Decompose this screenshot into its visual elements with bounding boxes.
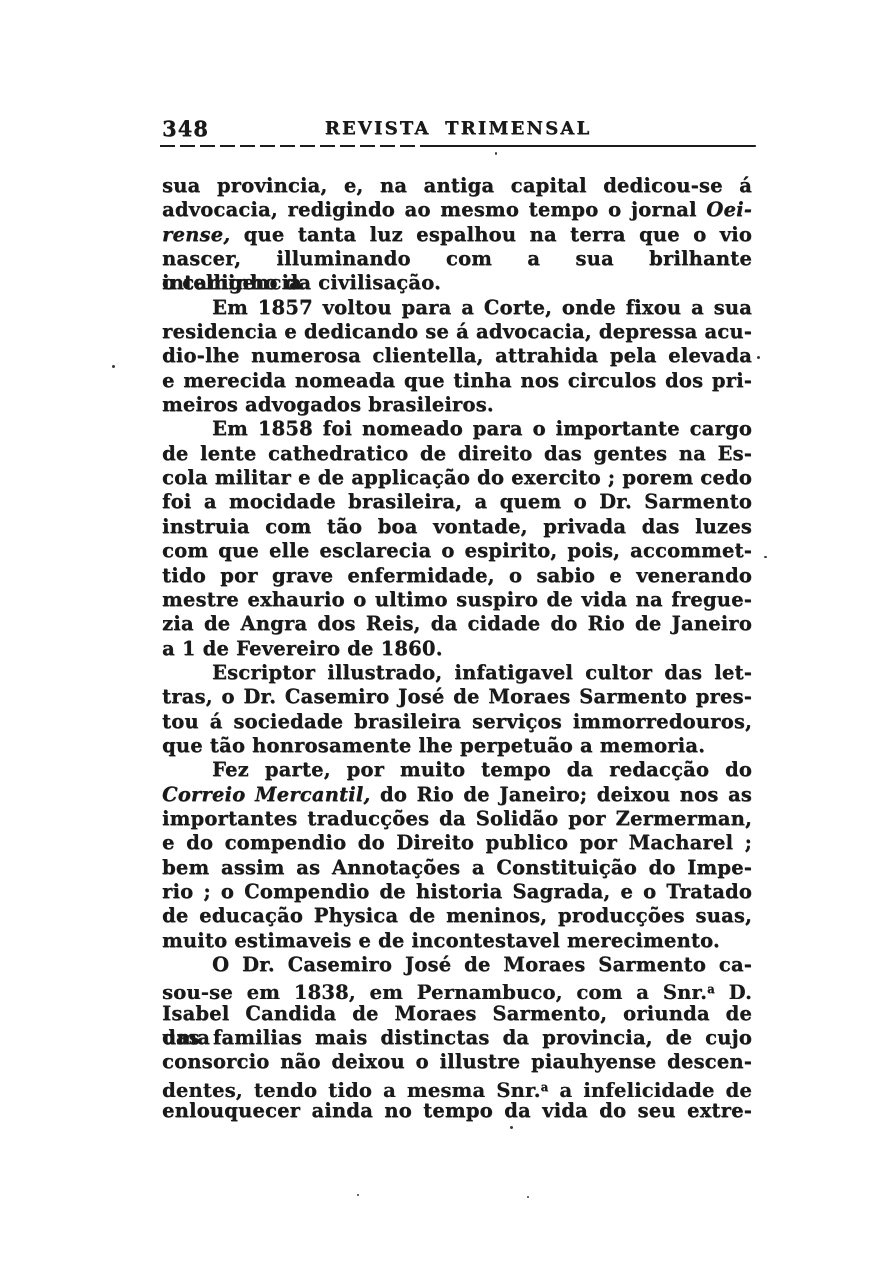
text-line: residencia e dedicando se á advocacia, d… bbox=[162, 320, 752, 344]
ink-speck bbox=[510, 1126, 513, 1129]
text-line: foi a mocidade brasileira, a quem o Dr. … bbox=[162, 490, 752, 514]
text-line: tras, o Dr. Casemiro José de Moraes Sarm… bbox=[162, 685, 752, 709]
journal-title: REVISTA TRIMENSAL bbox=[162, 118, 754, 139]
text-line: Escriptor illustrado, infatigavel cultor… bbox=[162, 661, 752, 685]
text-line: tou á sociedade brasileira serviços immo… bbox=[162, 710, 752, 734]
text-line: Fez parte, por muito tempo da redacção d… bbox=[162, 758, 752, 782]
text-line: com que elle esclarecia o espirito, pois… bbox=[162, 539, 752, 563]
text-line: nascer, illuminando com a sua brilhante … bbox=[162, 247, 752, 271]
text-line: Em 1858 foi nomeado para o importante ca… bbox=[162, 417, 752, 441]
body-text: sua provincia, e, na antiga capital dedi… bbox=[162, 174, 752, 1123]
text-line: O Dr. Casemiro José de Moraes Sarmento c… bbox=[162, 953, 752, 977]
text-line: instruia com tão boa vontade, privada da… bbox=[162, 515, 752, 539]
text-line: e merecida nomeada que tinha nos circulo… bbox=[162, 369, 752, 393]
text-line: a 1 de Fevereiro de 1860. bbox=[162, 637, 752, 661]
text-line: muito estimaveis e de incontestavel mere… bbox=[162, 929, 752, 953]
ink-speck bbox=[357, 1194, 359, 1196]
text-line: sua provincia, e, na antiga capital dedi… bbox=[162, 174, 752, 198]
text-line: mestre exhaurio o ultimo suspiro de vida… bbox=[162, 588, 752, 612]
ink-speck bbox=[112, 365, 115, 368]
text-line: advocacia, redigindo ao mesmo tempo o jo… bbox=[162, 198, 752, 222]
text-line: Em 1857 voltou para a Corte, onde fixou … bbox=[162, 296, 752, 320]
text-line: bem assim as Annotações a Constituição d… bbox=[162, 856, 752, 880]
text-line: cola militar e de applicação do exercito… bbox=[162, 466, 752, 490]
text-line: sou-se em 1838, em Pernambuco, com a Snr… bbox=[162, 977, 752, 1001]
text-line: dio-lhe numerosa clientella, attrahida p… bbox=[162, 344, 752, 368]
text-line: importantes traducções da Solidão por Ze… bbox=[162, 807, 752, 831]
text-line: dentes, tendo tido a mesma Snr.a a infel… bbox=[162, 1075, 752, 1099]
text-line: zia de Angra dos Reis, da cidade do Rio … bbox=[162, 612, 752, 636]
ink-speck bbox=[527, 1196, 529, 1198]
running-header: 348 REVISTA TRIMENSAL bbox=[162, 116, 754, 140]
ink-speck bbox=[757, 356, 760, 359]
text-line: das familias mais distinctas da provinci… bbox=[162, 1026, 752, 1050]
text-line: de lente cathedratico de direito das gen… bbox=[162, 442, 752, 466]
text-line: de educação Physica de meninos, producçõ… bbox=[162, 904, 752, 928]
text-line: rense, que tanta luz espalhou na terra q… bbox=[162, 223, 752, 247]
header-rule bbox=[160, 145, 756, 147]
ink-speck bbox=[495, 152, 497, 155]
text-line: o caminho da civilisação. bbox=[162, 271, 752, 295]
text-line: consorcio não deixou o illustre piauhyen… bbox=[162, 1050, 752, 1074]
text-line: e do compendio do Direito publico por Ma… bbox=[162, 831, 752, 855]
text-line: meiros advogados brasileiros. bbox=[162, 393, 752, 417]
text-line: rio ; o Compendio de historia Sagrada, e… bbox=[162, 880, 752, 904]
text-line: enlouquecer ainda no tempo da vida do se… bbox=[162, 1099, 752, 1123]
text-line: tido por grave enfermidade, o sabio e ve… bbox=[162, 564, 752, 588]
ink-speck bbox=[764, 556, 767, 558]
text-line: Correio Mercantil, do Rio de Janeiro; de… bbox=[162, 783, 752, 807]
text-line: Isabel Candida de Moraes Sarmento, oriun… bbox=[162, 1002, 752, 1026]
scanned-book-page: 348 REVISTA TRIMENSAL sua provincia, e, … bbox=[0, 0, 893, 1263]
text-line: que tão honrosamente lhe perpetuão a mem… bbox=[162, 734, 752, 758]
